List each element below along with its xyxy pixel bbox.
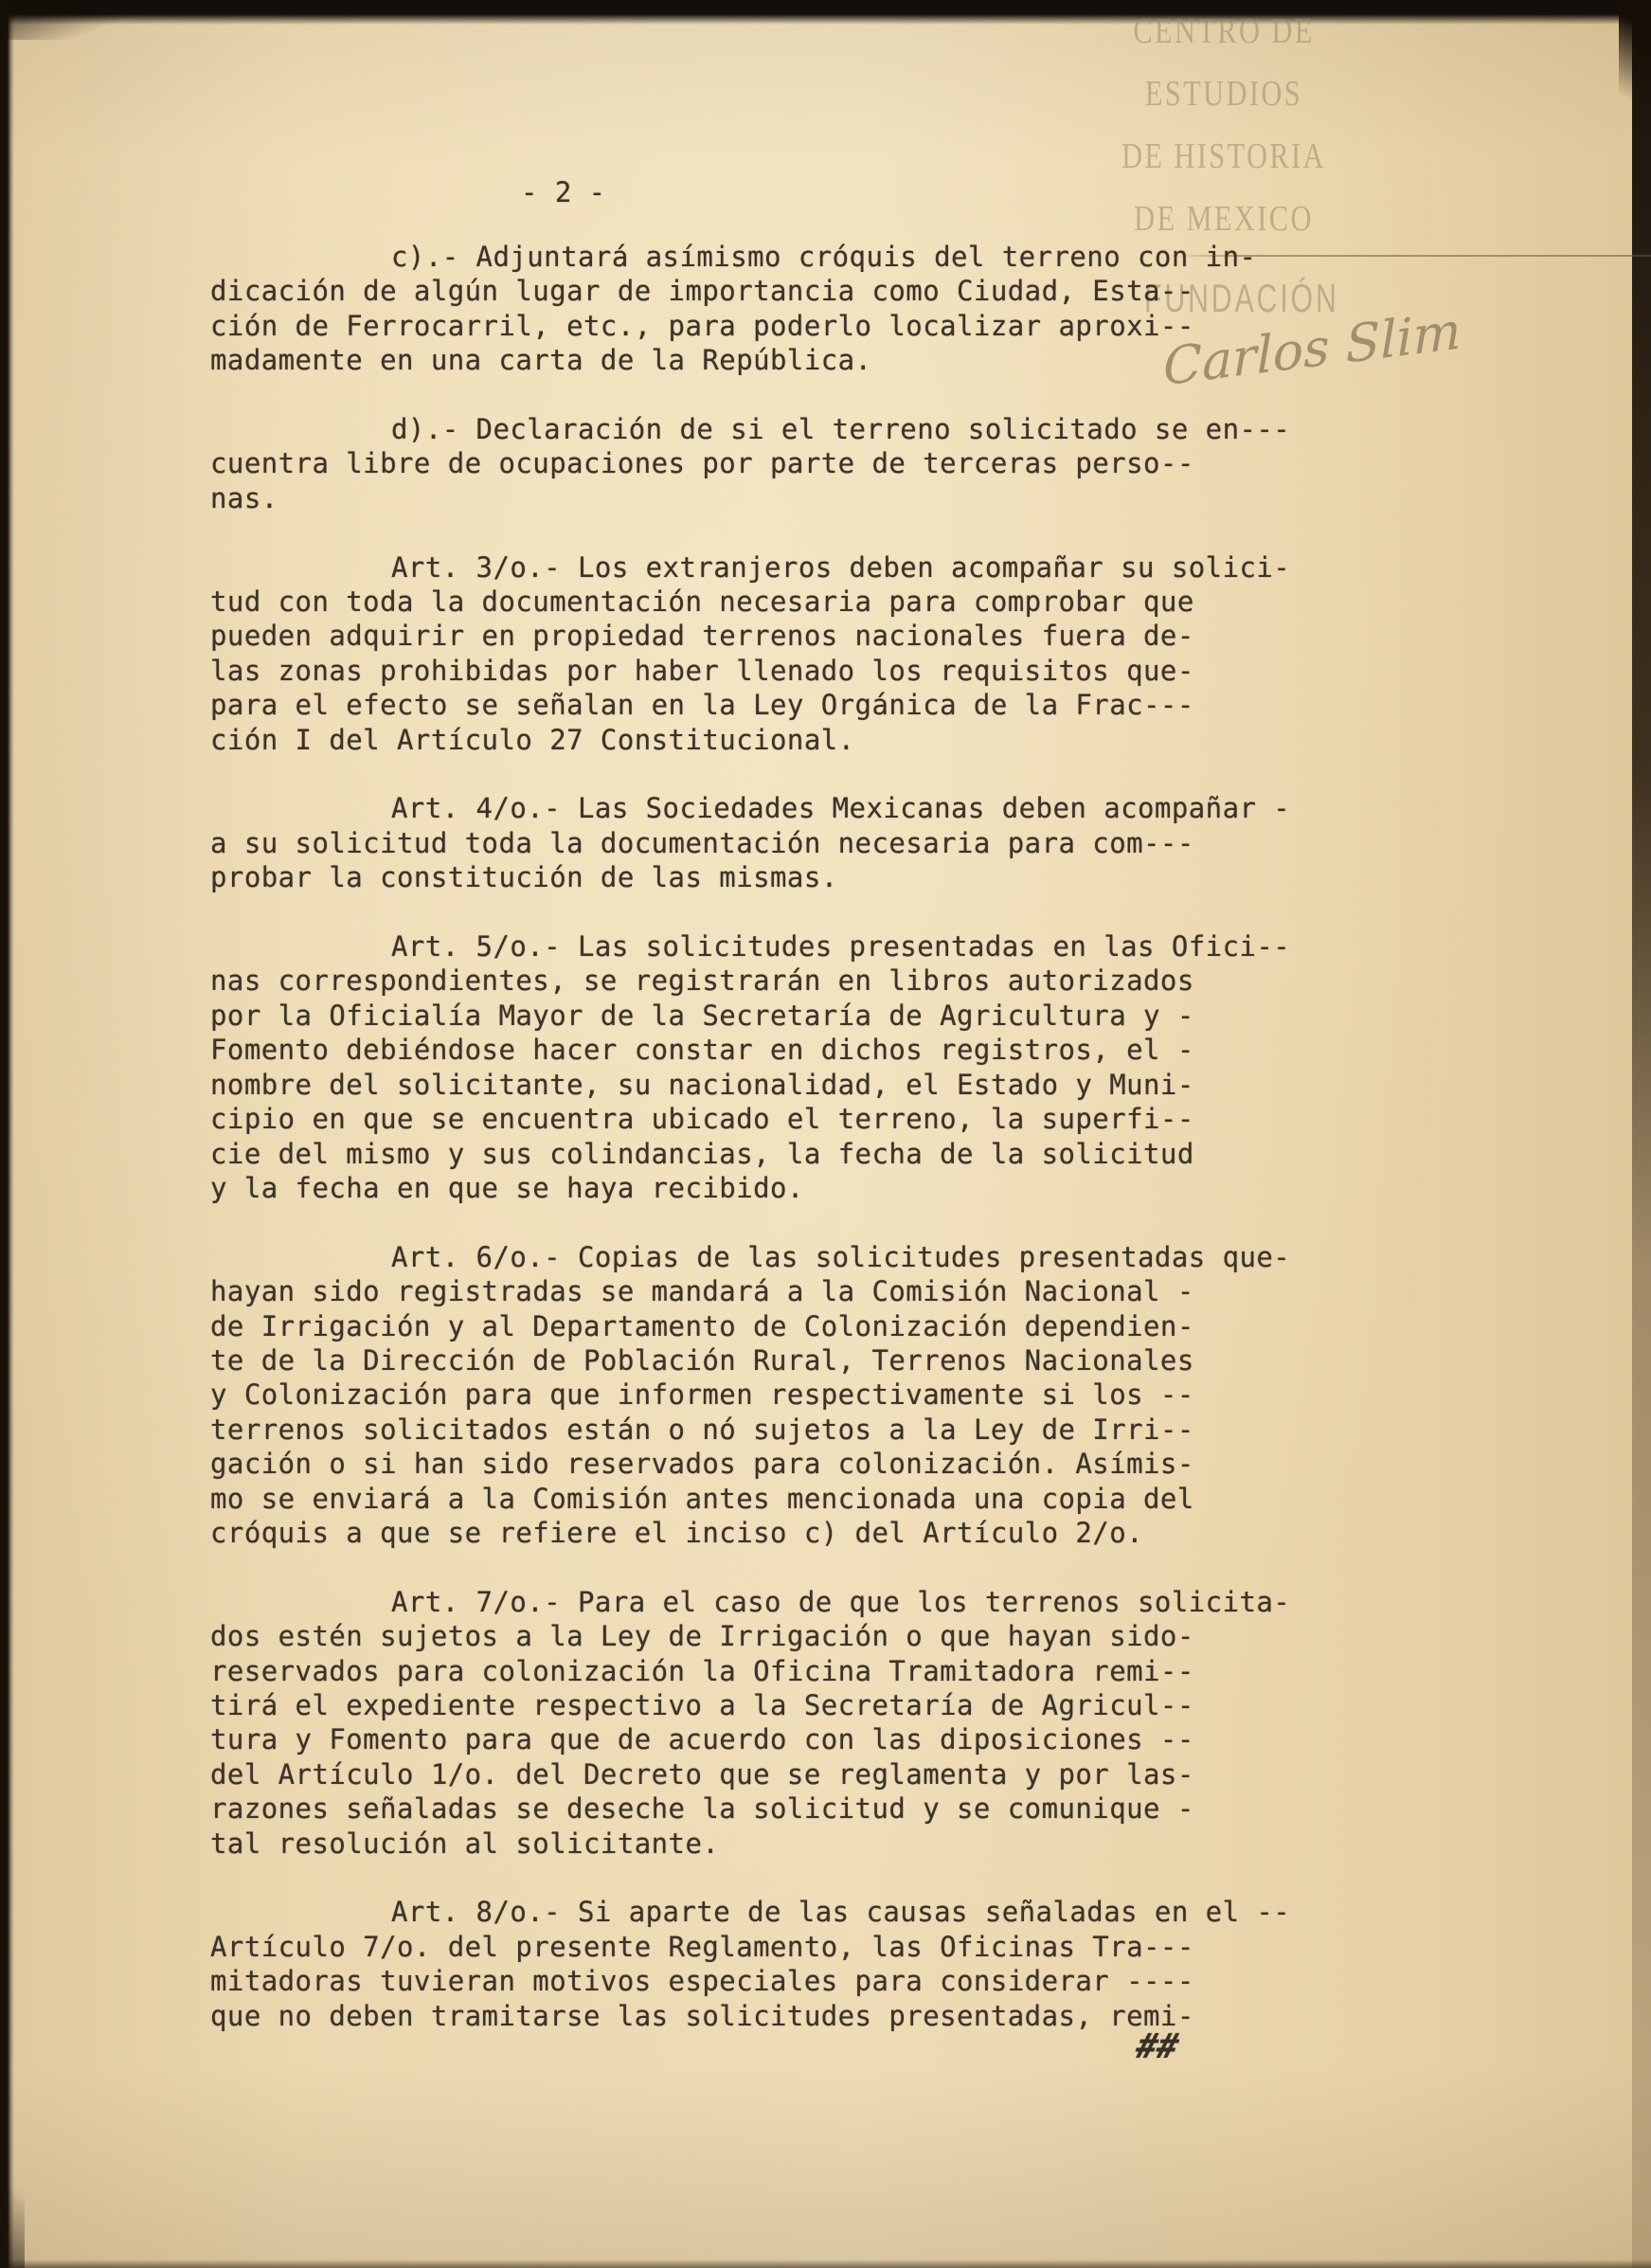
paragraph-articulo-7: Art. 7/o.- Para el caso de que los terre… [210, 1585, 1309, 1861]
paragraph-articulo-8: Art. 8/o.- Si aparte de las causas señal… [210, 1895, 1309, 2033]
watermark-line: DE HISTORIA [1072, 125, 1375, 188]
page-corner-bottom-left [0, 2154, 25, 2268]
page-corner-top-right [1619, 0, 1651, 142]
paragraph-articulo-4: Art. 4/o.- Las Sociedades Mexicanas debe… [210, 791, 1309, 894]
page-number: - 2 - [521, 176, 606, 208]
page-edge-bottom [0, 2259, 1651, 2268]
scanned-document-page: CENTRO DE ESTUDIOS DE HISTORIA DE MEXICO… [0, 0, 1651, 2268]
paragraph-inciso-c: c).- Adjuntará asímismo cróquis del terr… [210, 240, 1309, 378]
page-edge-top [0, 0, 1651, 25]
watermark-line: ESTUDIOS [1072, 63, 1375, 125]
watermark-archive-name: CENTRO DE ESTUDIOS DE HISTORIA DE MEXICO [1072, 0, 1375, 250]
page-edge-right [1632, 0, 1651, 2268]
paragraph-inciso-d: d).- Declaración de si el terreno solici… [210, 412, 1309, 515]
paragraph-articulo-5: Art. 5/o.- Las solicitudes presentadas e… [210, 929, 1309, 1205]
watermark-line: CENTRO DE [1072, 0, 1375, 63]
page-edge-left [0, 0, 14, 2268]
page-corner-top-left [0, 0, 170, 40]
paragraph-articulo-6: Art. 6/o.- Copias de las solicitudes pre… [210, 1240, 1309, 1551]
document-body: c).- Adjuntará asímismo cróquis del terr… [210, 240, 1309, 2067]
paragraph-articulo-3: Art. 3/o.- Los extranjeros deben acompañ… [210, 550, 1309, 757]
